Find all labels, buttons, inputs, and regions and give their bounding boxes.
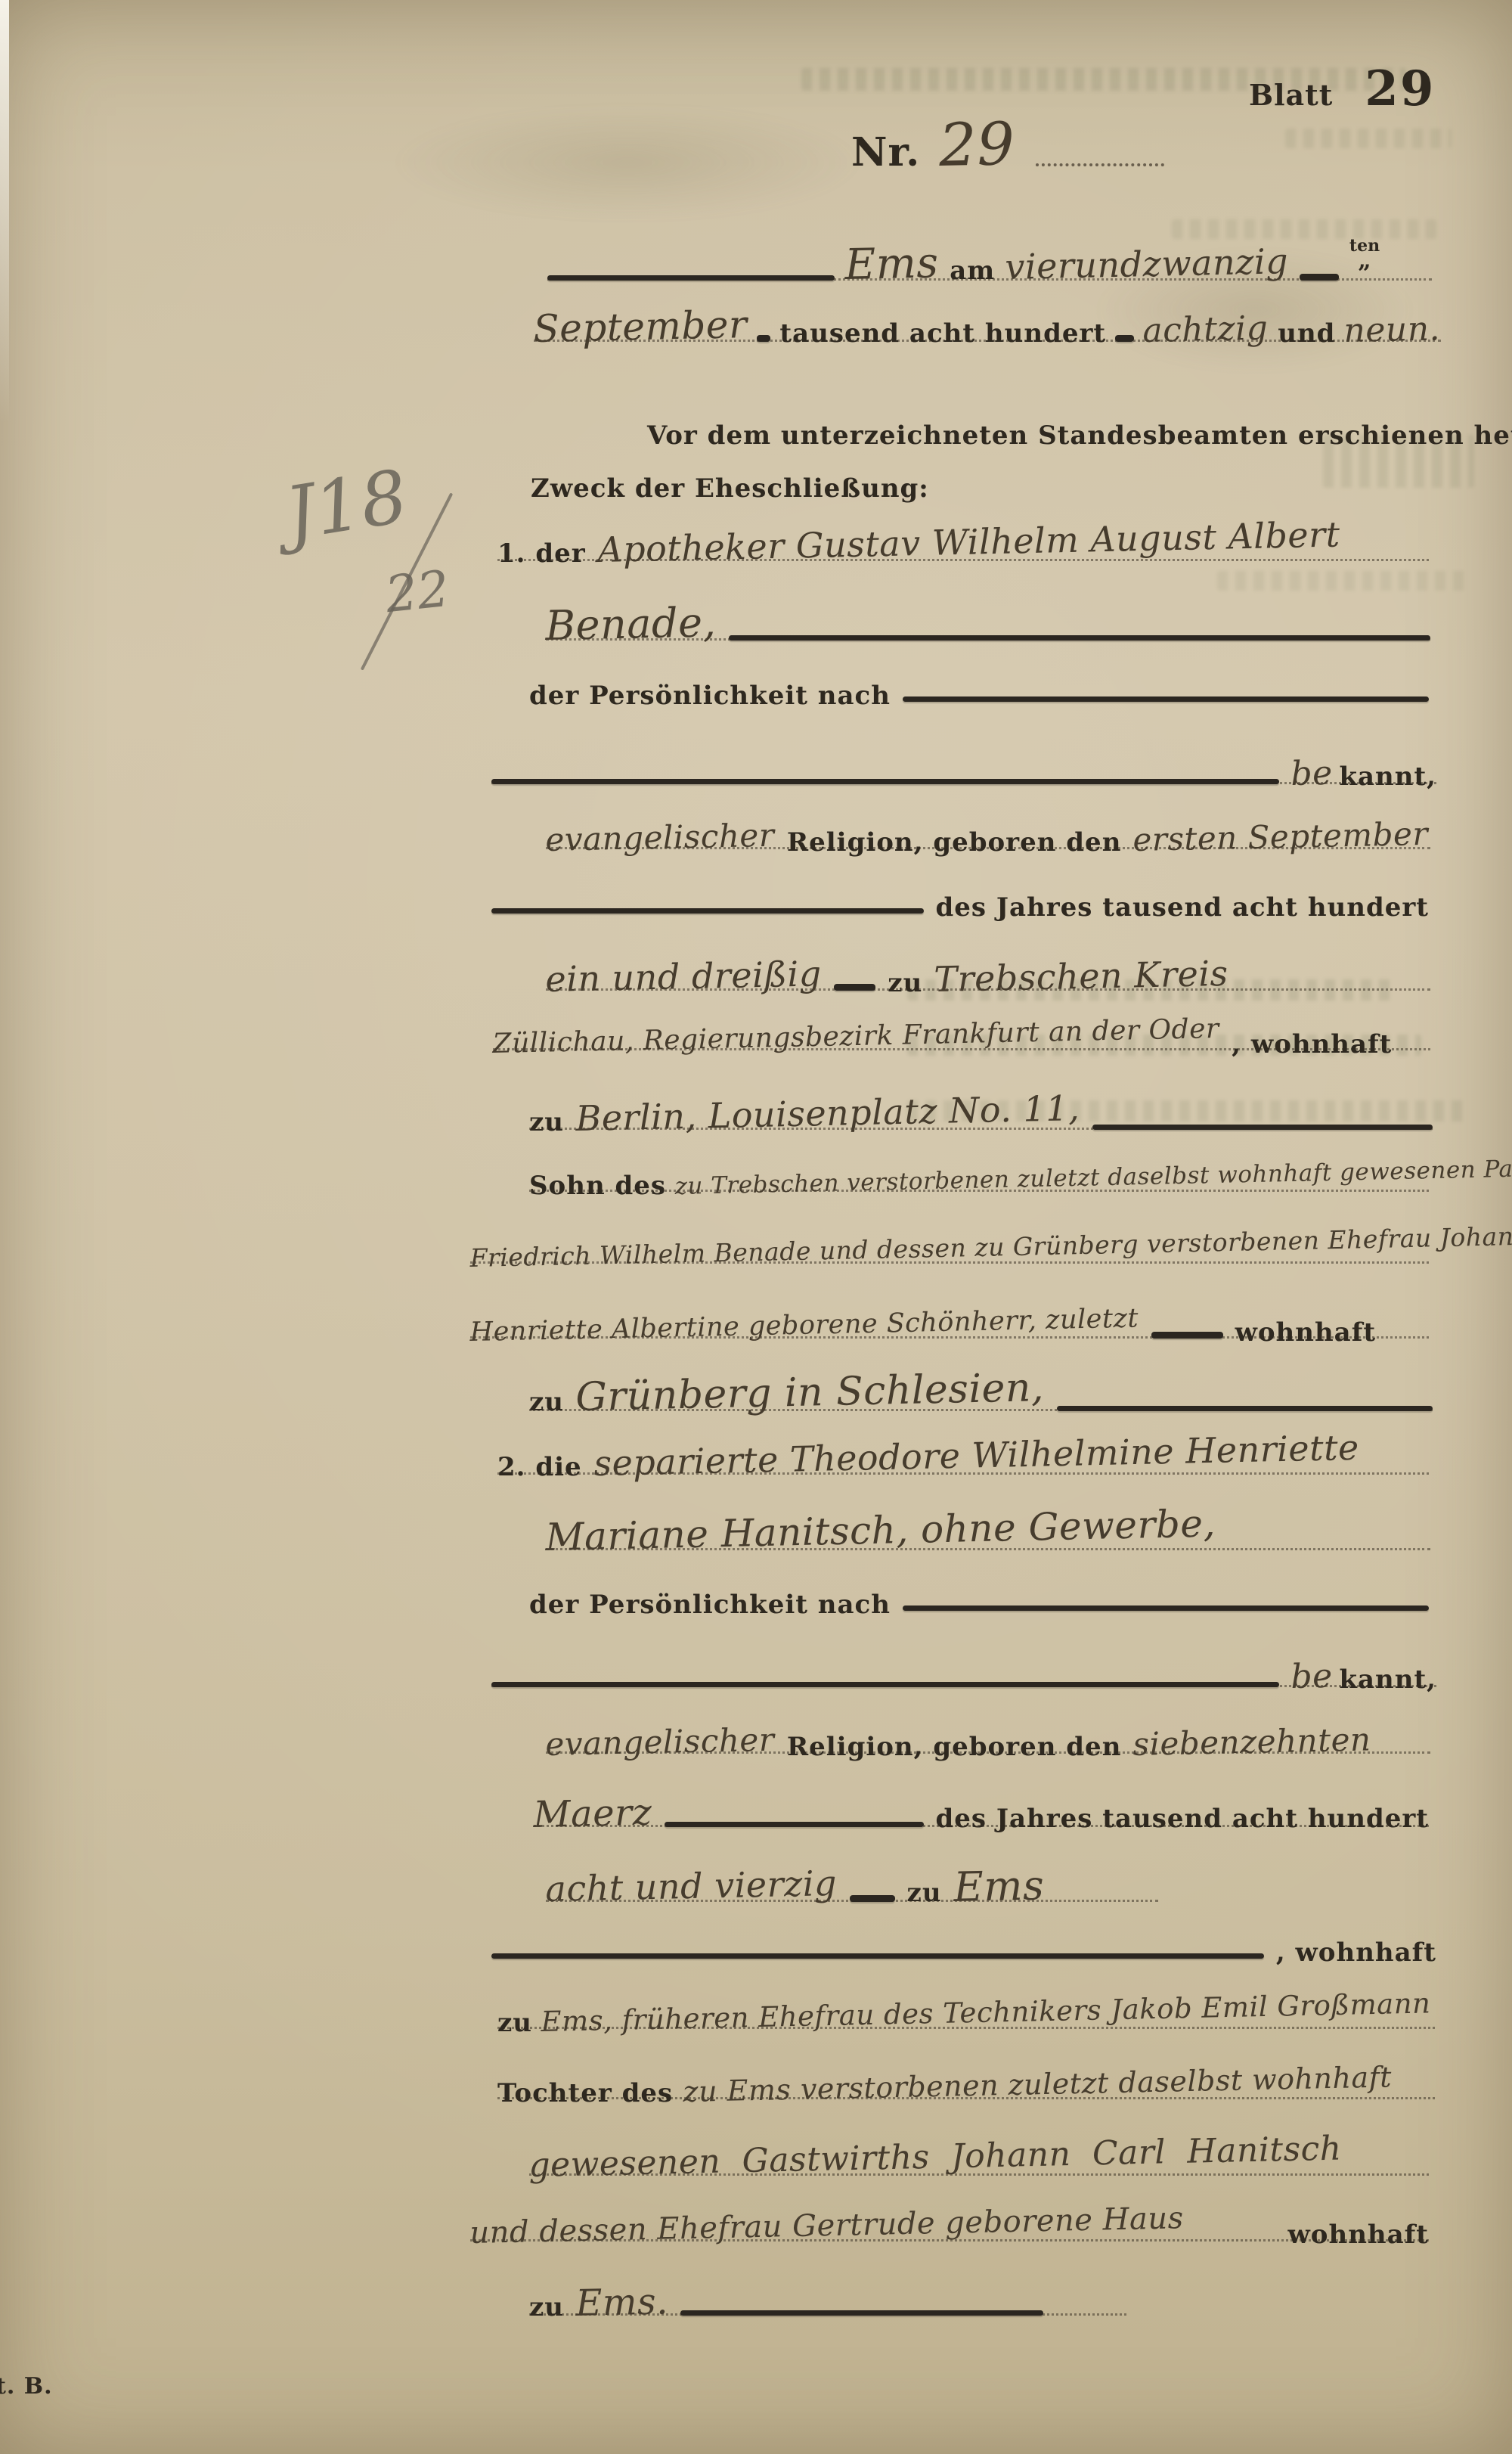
groom-parents-residence-line: zu Grünberg in Schlesien, [529,1375,1433,1420]
sheet-header: Blatt 29 [1249,60,1435,117]
zu-label: zu [907,1878,942,1908]
year-tens: achtzig [1142,309,1269,350]
zu-label: zu [529,1107,564,1137]
month-word: September [533,302,748,351]
son-label: Sohn des [529,1171,666,1201]
bleed-through-ghost [1285,129,1452,148]
bleed-through-ghost [1217,571,1467,591]
zu-label: zu [529,1387,564,1417]
groom-parents-3: Henriette Albertine geborene Schönherr, … [469,1303,1139,1348]
groom-known-line: be kannt, [491,755,1436,793]
scan-edge-highlight [0,0,9,423]
intro-line-2: Zweck der Eheschließung: [531,473,929,504]
nr-value: 29 [938,110,1015,180]
groom-residence-line: zu Berlin, Louisenplatz No. 11, [529,1098,1433,1139]
bride-final-residence-line: zu Ems. [529,2282,1126,2325]
ink-stroke [491,1682,1279,1687]
date-line-2: September tausend acht hundert achtzig u… [534,307,1441,351]
known-label: kannt, [1339,1664,1436,1695]
bride-wohnhaft-line: , wohnhaft [491,1937,1436,1968]
day-suffix: ten „ [1349,236,1380,266]
bride-parents-1: zu Ems verstorbenen zuletzt daselbst woh… [683,2060,1392,2108]
bride-birth-day: siebenzehnten [1132,1720,1371,1763]
bleed-through-ghost [1172,219,1436,239]
footer-mark: t. B. [0,2373,53,2400]
hundreds-label: tausend acht hundert [779,318,1106,349]
religion-label: Religion, geboren den [787,1732,1122,1762]
year-ones: neun. [1343,309,1441,350]
ink-stroke [1151,1332,1223,1339]
ink-stroke [1115,335,1134,342]
bride-birthyear-line: acht und vierzig zu Ems [546,1863,1158,1911]
religion-label: Religion, geboren den [787,827,1122,858]
bride-known-line: be kannt, [491,1658,1436,1696]
groom-birthyear-line: ein und dreißig zu Trebschen Kreis [546,959,1430,1000]
ink-stroke [729,635,1430,641]
known-label: kannt, [1339,762,1436,792]
groom-parents-line-2: Friedrich Wilhelm Benade und dessen zu G… [470,1243,1429,1273]
groom-index-label: 1. der [497,538,586,569]
groom-district-line: Züllichau, Regierungsbezirk Frankfurt an… [493,1028,1430,1059]
wohnhaft-label: wohnhaft [1235,1317,1376,1348]
groom-birth-place: Trebschen Kreis [934,953,1228,1000]
groom-identity-line: der Persönlichkeit nach [529,681,1429,711]
bride-status-names-1: separierte Theodore Wilhelmine Henriette [593,1427,1359,1484]
intro-line-1: Vor dem unterzeichneten Standesbeamten e… [647,420,1433,451]
zu-label: zu [888,968,922,998]
groom-birth-district: Züllichau, Regierungsbezirk Frankfurt an… [492,1013,1219,1059]
intro-text-1: Vor dem unterzeichneten Standesbeamten e… [647,420,1433,451]
groom-birth-day: ersten September [1132,815,1428,858]
intro-text-2: Zweck der Eheschließung: [531,473,929,504]
bride-parents-line-2: gewesenen Gastwirths Johann Carl Hanitsc… [529,2146,1429,2185]
bride-status-names-2: Mariane Hanitsch, ohne Gewerbe, [545,1501,1216,1559]
bride-religion-line: evangelischer Religion, geboren den sieb… [546,1726,1430,1763]
margin-note: J18 22 [286,473,497,693]
groom-year-line: des Jahres tausend acht hundert [491,892,1429,923]
ink-stroke [1092,1125,1433,1130]
date-line-1: Ems am vierundzwanzig ten „ [547,240,1432,290]
ink-stroke [1300,274,1339,281]
ink-stroke [547,275,835,281]
bride-parents-line-1: Tochter des zu Ems verstorbenen zuletzt … [497,2075,1435,2108]
bride-residence-final: Ems. [575,2280,669,2325]
year-label: des Jahres tausend acht hundert [936,892,1429,923]
groom-surname-line: Benade, [546,602,1430,650]
bride-parents-2: gewesenen Gastwirths Johann Carl Hanitsc… [528,2129,1342,2185]
groom-known-hw: be [1290,754,1333,793]
bride-name-line-1: 2. die separierte Theodore Wilhelmine He… [497,1443,1429,1484]
ink-stroke [680,2310,1043,2316]
record-number-line: Nr. 29 [851,112,1164,180]
groom-parents-line-3: Henriette Albertine geborene Schönherr, … [470,1317,1429,1348]
ink-stroke [491,779,1279,784]
wohnhaft-label: , wohnhaft [1276,1937,1436,1968]
bride-religion: evangelischer [545,1721,775,1763]
groom-birth-year: ein und dreißig [545,953,822,1000]
identity-label: der Persönlichkeit nach [529,1590,891,1620]
bride-name-line-2: Mariane Hanitsch, ohne Gewerbe, [546,1516,1430,1559]
und-label: und [1278,318,1335,349]
groom-residence: Berlin, Louisenplatz No. 11, [575,1087,1080,1139]
bride-parents-line-3: und dessen Ehefrau Gertrude geborene Hau… [470,2216,1429,2251]
bride-parents-3: und dessen Ehefrau Gertrude geborene Hau… [469,2201,1184,2251]
daughter-label: Tochter des [497,2078,673,2108]
groom-occupation-names: Apotheker Gustav Wilhelm August Albert [597,513,1340,570]
bride-known-hw: be [1290,1657,1333,1696]
groom-parents-2: Friedrich Wilhelm Benade und dessen zu G… [469,1221,1512,1273]
zu-label: zu [497,2008,532,2038]
year-label: des Jahres tausend acht hundert [936,1804,1429,1834]
wohnhaft-label: , wohnhaft [1232,1029,1392,1059]
ink-stroke [1057,1406,1433,1411]
ink-stroke [491,1953,1264,1959]
bride-birth-month: Maerz [533,1792,652,1836]
identity-label: der Persönlichkeit nach [529,681,891,711]
ink-stroke [757,335,770,342]
bride-birth-place: Ems [953,1862,1044,1911]
am-label: am [950,256,995,286]
groom-surname: Benade, [545,598,717,650]
nr-label: Nr. [851,129,920,175]
ink-stroke [665,1822,924,1827]
margin-note-upper: J18 [280,454,413,557]
bride-residence-line: zu Ems, früheren Ehefrau des Technikers … [497,2006,1435,2038]
margin-note-lower: 22 [383,560,452,624]
groom-name-line-1: 1. der Apotheker Gustav Wilhelm August A… [497,529,1429,570]
groom-parents-line-1: Sohn des zu Trebschen verstorbenen zulet… [529,1171,1429,1201]
wohnhaft-label: wohnhaft [1288,2220,1429,2250]
bride-residence: Ems, früheren Ehefrau des Technikers Jak… [541,1987,1431,2038]
bride-birthmonth-line: Maerz des Jahres tausend acht hundert [534,1794,1429,1836]
bride-index-label: 2. die [497,1452,582,1482]
registry-place: Ems [844,238,940,290]
blatt-label: Blatt [1249,78,1333,112]
ink-stroke [903,696,1429,702]
groom-religion-line: evangelischer Religion, geboren den erst… [546,821,1430,858]
ink-show-through-smudge [393,106,862,219]
bride-identity-line: der Persönlichkeit nach [529,1590,1429,1620]
ink-stroke [850,1895,895,1902]
form-footer: t. B. [0,2373,53,2400]
ink-stroke [834,984,875,991]
document-page: Blatt 29 Nr. 29 Ems am vierundzwanzig te… [0,0,1512,2454]
ink-stroke [903,1605,1429,1611]
bride-birth-year: acht und vierzig [545,1863,838,1910]
day-word: vierundzwanzig [1005,240,1289,287]
dotted-rule [1036,163,1164,166]
groom-religion: evangelischer [545,817,775,858]
groom-parents-1: zu Trebschen verstorbenen zuletzt daselb… [674,1153,1512,1200]
zu-label: zu [529,2292,564,2322]
groom-parents-residence: Grünberg in Schlesien, [575,1365,1045,1420]
blatt-number: 29 [1365,60,1435,117]
ink-stroke [491,908,924,914]
